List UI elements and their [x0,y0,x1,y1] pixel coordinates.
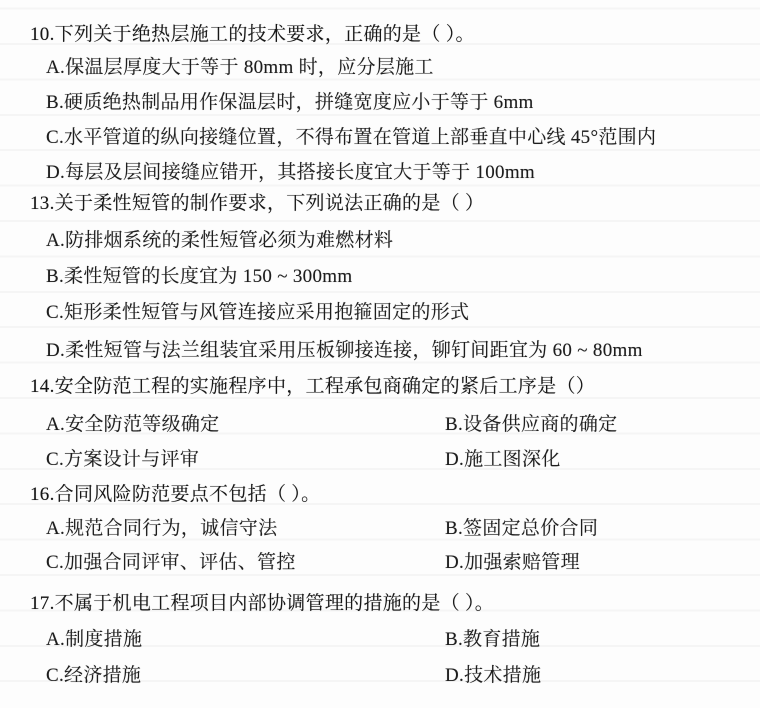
question-16-option-b: B.签固定总价合同 [445,518,598,539]
question-17-stem: 17.不属于机电工程项目内部协调管理的措施的是（ ）。 [30,593,494,614]
question-10-stem: 10.下列关于绝热层施工的技术要求，正确的是（ ）。 [30,24,475,45]
question-16-option-d: D.加强索赔管理 [445,552,580,573]
question-17-option-d: D.技术措施 [445,665,541,686]
question-13-option-c: C.矩形柔性短管与风管连接应采用抱箍固定的形式 [46,302,469,323]
question-14-option-d: D.施工图深化 [445,449,561,470]
question-17-option-a: A.制度措施 [46,629,142,650]
question-17-option-c: C.经济措施 [46,665,141,686]
question-16-option-c: C.加强合同评审、评估、管控 [46,552,296,573]
question-13-stem: 13.关于柔性短管的制作要求，下列说法正确的是（ ） [30,193,484,214]
question-10-option-a: A.保温层厚度大于等于 80mm 时，应分层施工 [46,57,434,78]
question-13-option-d: D.柔性短管与法兰组装宜采用压板铆接连接，铆钉间距宜为 60 ~ 80mm [46,340,643,361]
question-16-option-a: A.规范合同行为，诚信守法 [46,518,277,539]
question-14-option-a: A.安全防范等级确定 [46,414,219,435]
question-10-option-c: C.水平管道的纵向接缝位置，不得布置在管道上部垂直中心线 45°范围内 [46,127,656,148]
question-17-option-b: B.教育措施 [445,629,540,650]
exam-sheet: 10.下列关于绝热层施工的技术要求，正确的是（ ）。 A.保温层厚度大于等于 8… [0,0,760,708]
question-14-option-c: C.方案设计与评审 [46,449,199,470]
question-13-option-b: B.柔性短管的长度宜为 150 ~ 300mm [46,266,352,287]
question-14-stem: 14.安全防范工程的实施程序中，工程承包商确定的紧后工序是（） [30,376,595,397]
question-13-option-a: A.防排烟系统的柔性短管必须为难燃材料 [46,230,393,251]
question-10-option-b: B.硬质绝热制品用作保温层时，拼缝宽度应小于等于 6mm [46,92,534,113]
question-10-option-d: D.每层及层间接缝应错开，其搭接长度宜大于等于 100mm [46,162,535,183]
question-14-option-b: B.设备供应商的确定 [445,414,617,435]
question-16-stem: 16.合同风险防范要点不包括（ ）。 [30,484,320,505]
